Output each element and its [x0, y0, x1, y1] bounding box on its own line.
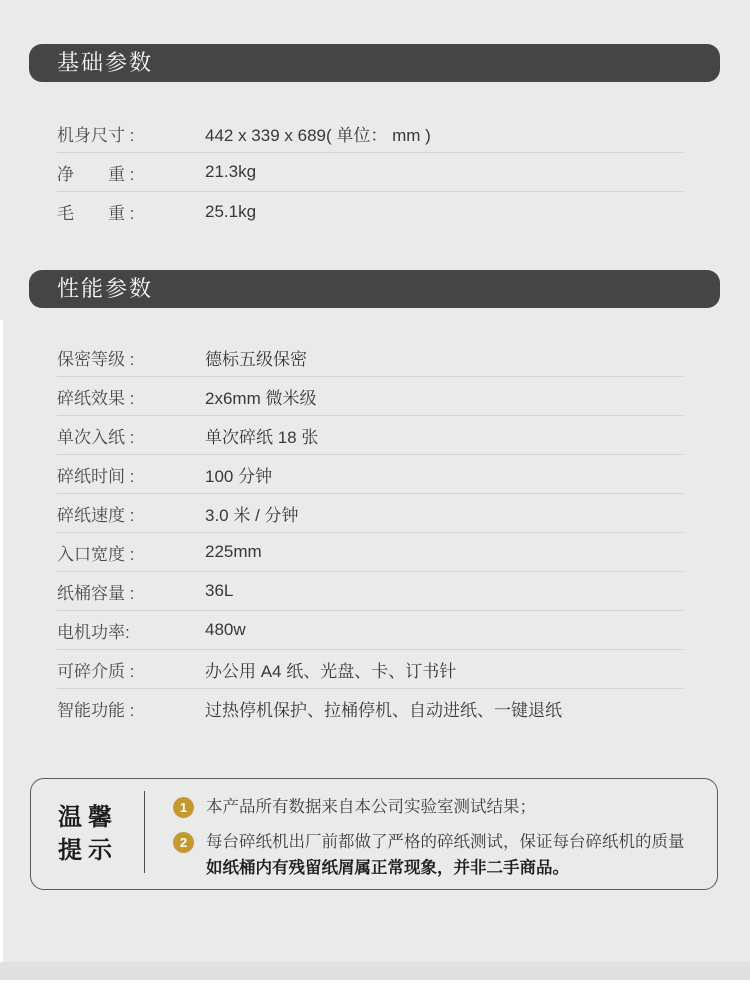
- tip-text-bold: 如纸桶内有残留纸屑属正常现象，并非二手商品。: [206, 857, 569, 879]
- spec-label: 智能功能 :: [57, 696, 205, 721]
- section-title-basic: 基础参数: [57, 50, 153, 75]
- spec-value: 225mm: [205, 542, 262, 562]
- spec-value: 36L: [205, 581, 233, 601]
- section-header-basic: 基础参数: [29, 44, 720, 82]
- tips-title-line2: 提示: [58, 834, 118, 867]
- spec-value: 单次碎纸 18 张: [205, 423, 318, 448]
- spec-value: 德标五级保密: [205, 345, 307, 370]
- tip-number-badge: 1: [173, 797, 194, 818]
- spec-table-basic: 机身尺寸 : 442 x 339 x 689( 单位： mm ) 净 重 : 2…: [57, 114, 683, 231]
- table-row: 可碎介质 : 办公用 A4 纸、光盘、卡、订书针: [57, 650, 683, 689]
- spec-value: 2x6mm 微米级: [205, 384, 316, 409]
- table-row: 入口宽度 : 225mm: [57, 533, 683, 572]
- spec-value: 办公用 A4 纸、光盘、卡、订书针: [205, 657, 456, 682]
- spec-value: 442 x 339 x 689( 单位： mm ): [205, 121, 431, 146]
- spec-label: 电机功率:: [57, 618, 205, 643]
- spec-label: 单次入纸 :: [57, 423, 205, 448]
- spec-value: 480w: [205, 620, 246, 640]
- tip-text: 本产品所有数据来自本公司实验室测试结果；: [206, 796, 536, 818]
- tips-title-line1: 温馨: [58, 801, 118, 834]
- table-row: 碎纸效果 : 2x6mm 微米级: [57, 377, 683, 416]
- table-row: 机身尺寸 : 442 x 339 x 689( 单位： mm ): [57, 114, 683, 153]
- section-title-performance: 性能参数: [57, 276, 153, 301]
- table-row: 毛 重 : 25.1kg: [57, 192, 683, 231]
- table-row: 净 重 : 21.3kg: [57, 153, 683, 192]
- tip-item-continuation: 如纸桶内有残留纸屑属正常现象，并非二手商品。: [206, 857, 569, 879]
- table-row: 保密等级 : 德标五级保密: [57, 338, 683, 377]
- spec-label: 保密等级 :: [57, 345, 205, 370]
- section-header-performance: 性能参数: [29, 270, 720, 308]
- tip-number-badge: 2: [173, 832, 194, 853]
- table-row: 碎纸速度 : 3.0 米 / 分钟: [57, 494, 683, 533]
- table-row: 电机功率: 480w: [57, 611, 683, 650]
- spec-value: 100 分钟: [205, 462, 272, 487]
- tips-vertical-divider: [144, 791, 145, 873]
- spec-label: 毛 重 :: [57, 199, 205, 224]
- tip-item: 1 本产品所有数据来自本公司实验室测试结果；: [173, 796, 536, 818]
- spec-label: 净 重 :: [57, 160, 205, 185]
- footer-band: [0, 962, 750, 980]
- spec-table-performance: 保密等级 : 德标五级保密 碎纸效果 : 2x6mm 微米级 单次入纸 : 单次…: [57, 338, 683, 728]
- table-row: 单次入纸 : 单次碎纸 18 张: [57, 416, 683, 455]
- spec-label: 碎纸效果 :: [57, 384, 205, 409]
- spec-value: 25.1kg: [205, 202, 256, 222]
- tips-title: 温馨 提示: [58, 801, 118, 867]
- spec-label: 碎纸速度 :: [57, 501, 205, 526]
- spec-value: 3.0 米 / 分钟: [205, 501, 299, 526]
- spec-label: 纸桶容量 :: [57, 579, 205, 604]
- spec-value: 过热停机保护、拉桶停机、自动进纸、一键退纸: [205, 696, 562, 721]
- spec-label: 机身尺寸 :: [57, 121, 205, 146]
- tip-item: 2 每台碎纸机出厂前都做了严格的碎纸测试，保证每台碎纸机的质量: [173, 831, 685, 853]
- product-spec-page: 基础参数 机身尺寸 : 442 x 339 x 689( 单位： mm ) 净 …: [0, 0, 750, 983]
- table-row: 碎纸时间 : 100 分钟: [57, 455, 683, 494]
- left-edge-strip: [0, 320, 3, 983]
- spec-label: 入口宽度 :: [57, 540, 205, 565]
- tips-box: 温馨 提示 1 本产品所有数据来自本公司实验室测试结果； 2 每台碎纸机出厂前都…: [30, 778, 718, 890]
- table-row: 智能功能 : 过热停机保护、拉桶停机、自动进纸、一键退纸: [57, 689, 683, 728]
- spec-value: 21.3kg: [205, 162, 256, 182]
- tip-text: 每台碎纸机出厂前都做了严格的碎纸测试，保证每台碎纸机的质量: [206, 831, 685, 853]
- spec-label: 可碎介质 :: [57, 657, 205, 682]
- spec-label: 碎纸时间 :: [57, 462, 205, 487]
- table-row: 纸桶容量 : 36L: [57, 572, 683, 611]
